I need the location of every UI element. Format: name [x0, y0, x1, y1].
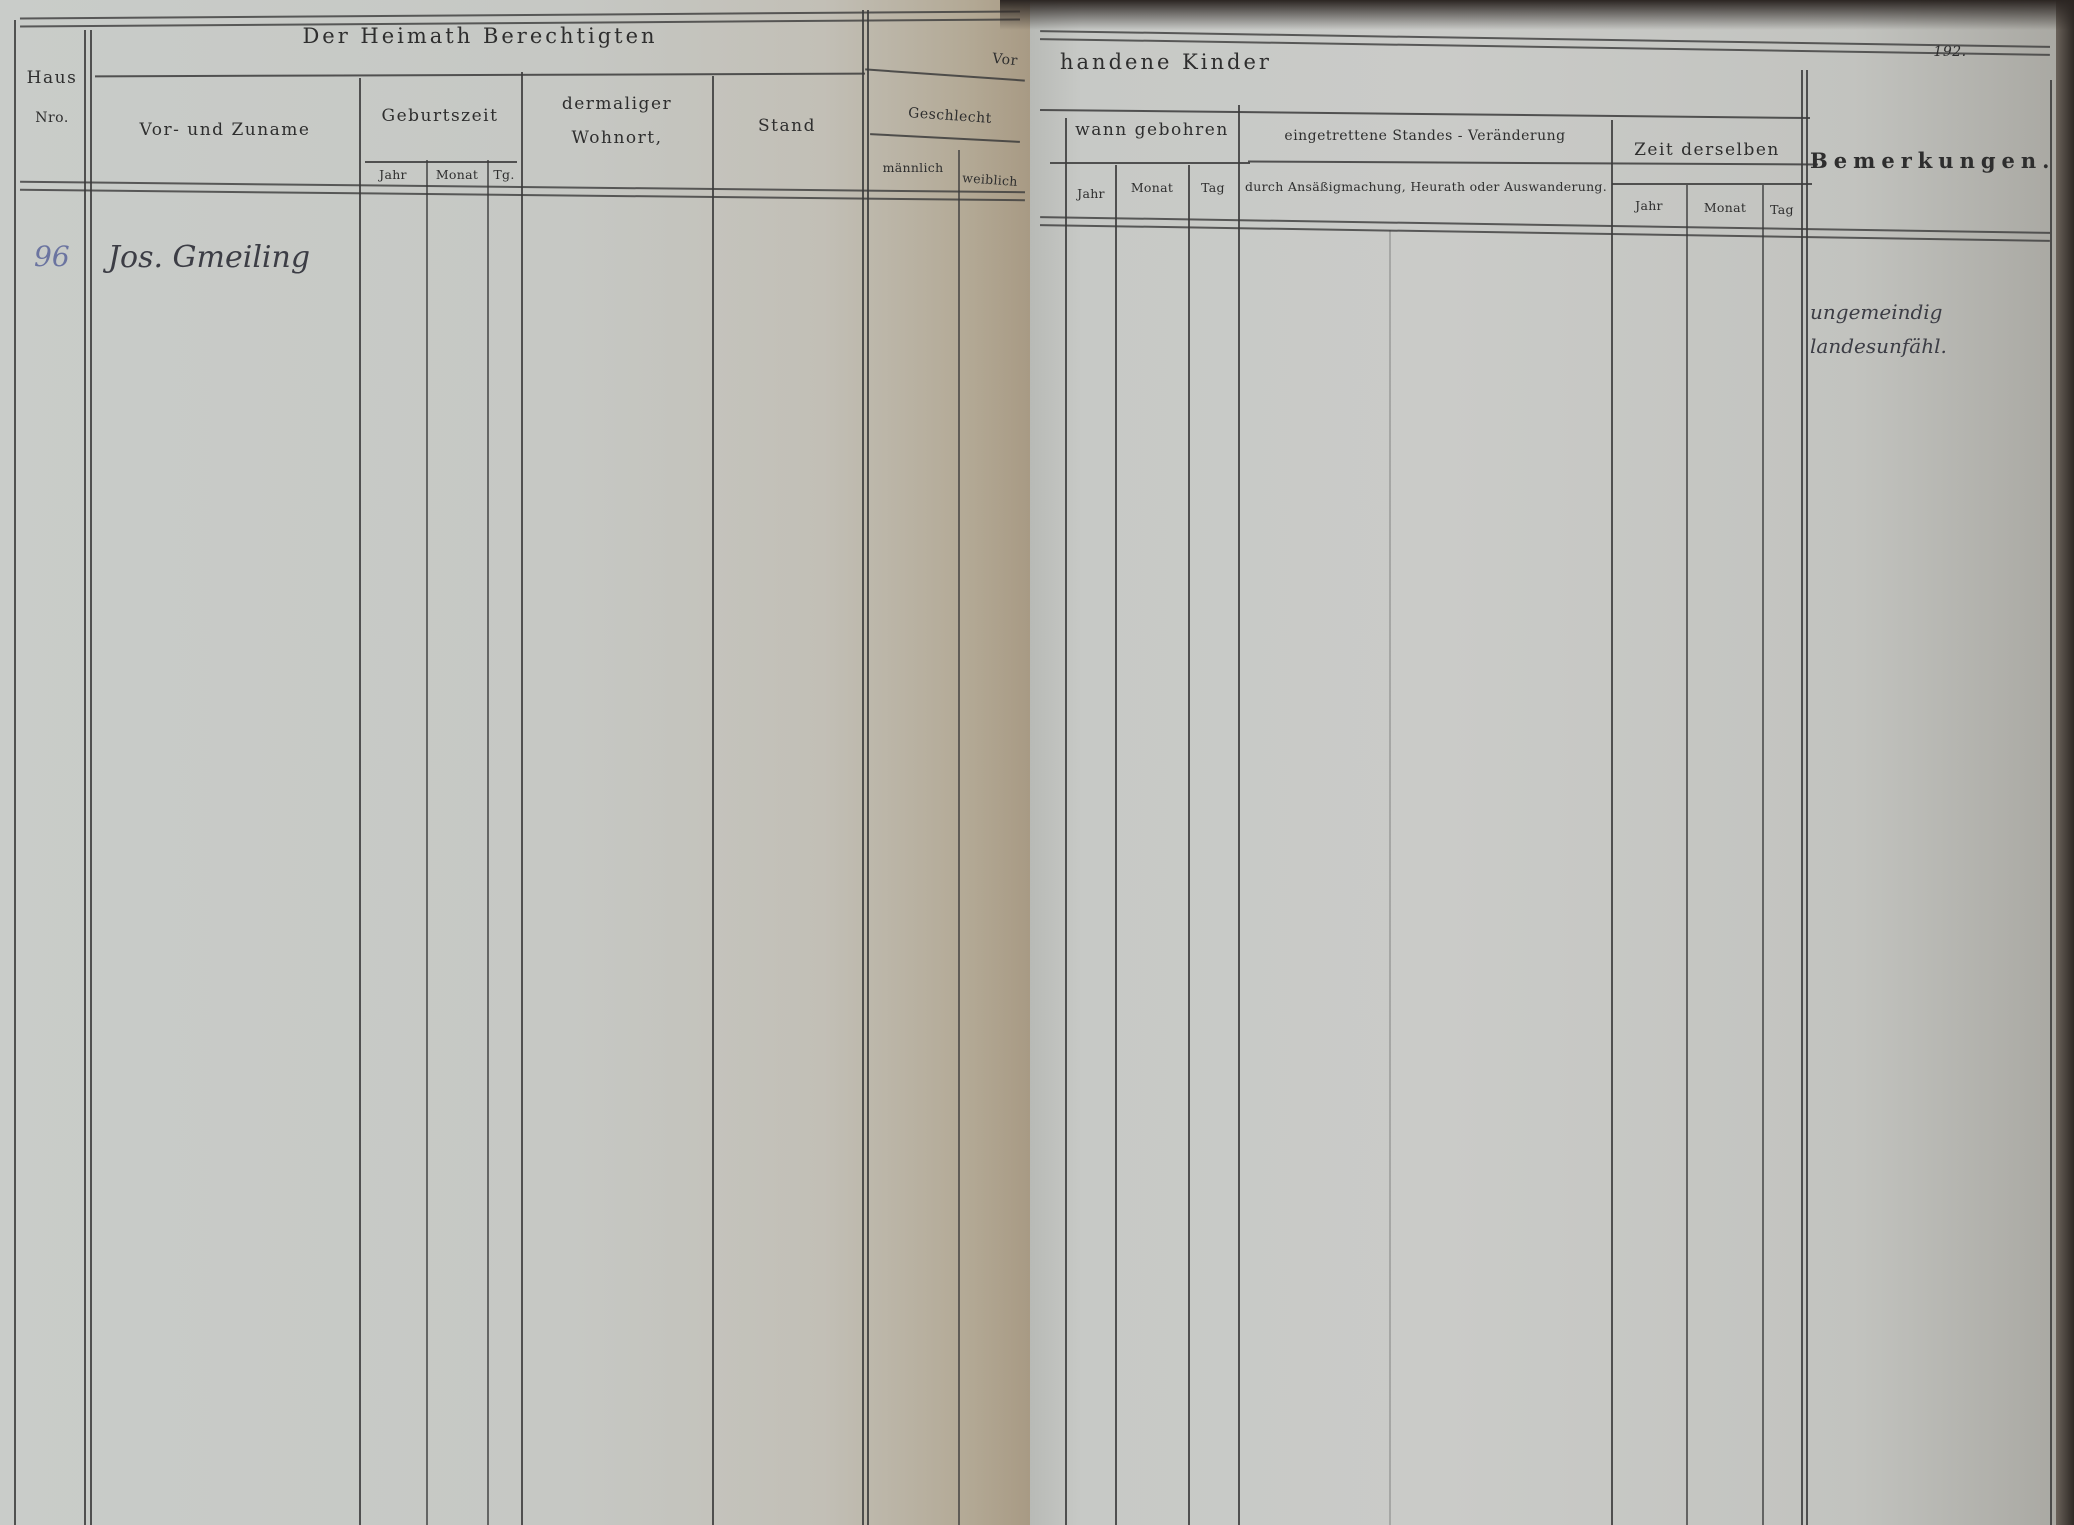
sex-title-divider: [865, 68, 1025, 81]
top-shadow: [1000, 0, 2074, 30]
birth-year-divider: [426, 160, 428, 1525]
right-border: [2050, 80, 2052, 1525]
entry-remarks-line-2: landesunfähl.: [1810, 334, 1947, 358]
time-remarks-divider-b: [1806, 70, 1808, 1525]
page-number: 192.: [1925, 44, 1975, 60]
birth-month-divider: [487, 160, 489, 1525]
born-change-divider: [1238, 105, 1240, 1525]
born-sub-month: Monat: [1118, 180, 1186, 195]
column-header-stand: Stand: [714, 116, 860, 136]
left-border: [14, 20, 16, 1525]
column-header-change: eingetrettene Standes - Veränderung: [1242, 128, 1608, 144]
birth-sub-day: Tg.: [489, 167, 519, 182]
spanning-title-handene-kinder: handene Kinder: [1060, 50, 1290, 74]
born-sub-year: Jahr: [1068, 186, 1114, 201]
group-title-heimath-berechtigten: Der Heimath Berechtigten: [270, 24, 690, 48]
sex-sub-female: weiblich: [960, 170, 1021, 189]
sex-sub-male: männlich: [870, 160, 956, 175]
time-remarks-divider-a: [1801, 70, 1803, 1525]
column-header-time: Zeit derselben: [1614, 140, 1800, 160]
name-birth-divider: [359, 78, 361, 1525]
column-header-birth: Geburtszeit: [360, 106, 520, 126]
group-title-divider: [95, 73, 865, 78]
change-faint-divider: [1389, 230, 1391, 1525]
column-header-born: wann gebohren: [1068, 120, 1236, 140]
left-page: Haus Nro. Der Heimath Berechtigten Vor- …: [0, 0, 1030, 1525]
kinder-title-divider: [1040, 109, 1810, 119]
birth-sub-divider: [365, 161, 517, 163]
time-sub-divider: [1612, 183, 1812, 185]
haus-label: Haus: [20, 68, 84, 88]
born-sub-day: Tag: [1190, 180, 1236, 195]
right-page: handene Kinder wann gebohren Jahr Monat …: [1030, 0, 2060, 1525]
change-sub-note: durch Ansäßigmachung, Heurath oder Auswa…: [1245, 178, 1607, 195]
birth-sub-month: Monat: [428, 167, 486, 182]
column-header-residence-2: Wohnort,: [522, 128, 712, 148]
stand-sex-divider-b: [867, 10, 869, 1525]
born-month-divider: [1188, 165, 1190, 1525]
stand-sex-divider-a: [862, 10, 864, 1525]
time-sub-year: Jahr: [1614, 198, 1684, 213]
time-sub-day: Tag: [1764, 202, 1800, 217]
sex-sub-divider: [870, 133, 1020, 143]
column-header-remarks: Bemerkungen.: [1810, 148, 2046, 173]
column-header-name: Vor- und Zuname: [95, 120, 355, 140]
birth-residence-divider: [521, 72, 523, 1525]
time-sub-month: Monat: [1690, 200, 1760, 215]
haus-divider-b: [90, 30, 92, 1525]
column-header-residence-1: dermaliger: [522, 94, 712, 114]
column-header-sex: Geschlecht: [880, 103, 1021, 129]
time-month-divider: [1762, 185, 1764, 1525]
entry-haus-nro: 96: [34, 240, 70, 273]
left-gutter-line: [1065, 118, 1067, 1525]
change-sub-divider: [1248, 161, 1818, 166]
entry-remarks-line-1: ungemeindig: [1810, 300, 1942, 324]
birth-sub-year: Jahr: [362, 167, 424, 182]
entry-name: Jos. Gmeiling: [108, 240, 310, 275]
change-time-divider: [1611, 120, 1613, 1525]
book-edge: [2056, 0, 2074, 1525]
spanning-title-vor: Vor: [984, 50, 1025, 70]
residence-stand-divider: [712, 76, 714, 1525]
haus-divider-a: [84, 30, 86, 1525]
nro-label: Nro.: [20, 110, 84, 126]
header-bottom-border: [1040, 216, 2050, 242]
sex-divider: [958, 150, 960, 1525]
born-sub-divider: [1050, 162, 1250, 164]
time-year-divider: [1686, 185, 1688, 1525]
born-year-divider: [1115, 165, 1117, 1525]
